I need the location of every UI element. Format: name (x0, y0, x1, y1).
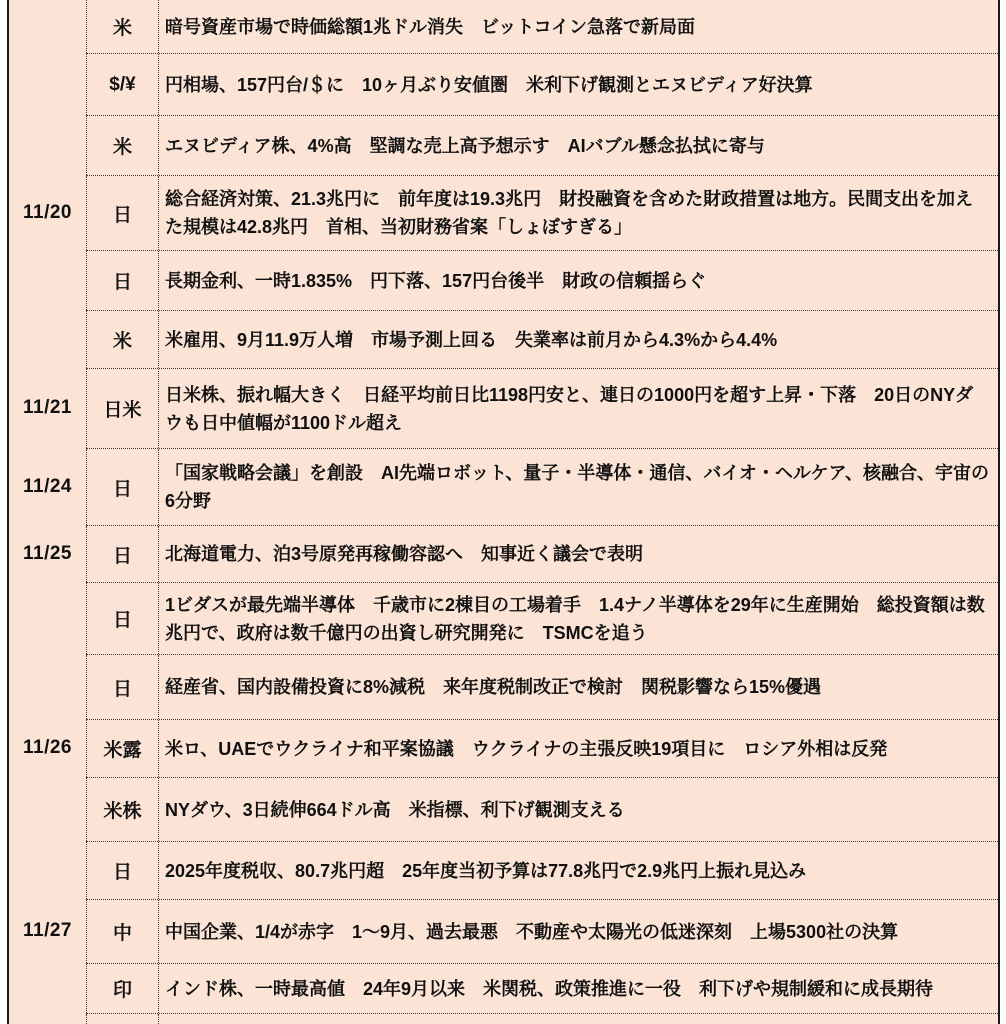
table-row: 11/25 日 北海道電力、泊3号原発再稼働容認へ 知事近く議会で表明 (9, 525, 998, 582)
date-cell (9, 582, 86, 654)
date-cell (9, 963, 86, 1013)
date-cell (9, 250, 86, 310)
row-band: 印 インド株、一時最高値 24年9月以来 米関税、政策推進に一役 利下げや規制緩… (86, 963, 998, 1013)
table-row: 11/27 中 中国企業、1/4が赤字 1～9月、過去最悪 不動産や太陽光の低迷… (9, 899, 998, 963)
row-band: 米 エヌビディア株、4%高 堅調な売上高予想示す AIバブル懸念払拭に寄与 (86, 115, 998, 175)
headline-cell: 米ロ、UAEでウクライナ和平案協議 ウクライナの主張反映19項目に ロシア外相は… (159, 720, 998, 777)
date-cell (9, 654, 86, 719)
headline-cell: エヌビディア株、4%高 堅調な売上高予想示す AIバブル懸念払拭に寄与 (159, 116, 998, 175)
row-band: 日 2025年度税収、80.7兆円超 25年度当初予算は77.8兆円で2.9兆円… (86, 841, 998, 899)
market-cell: 日 (86, 526, 159, 582)
market-cell: 米株 (86, 778, 159, 841)
table-row: 米 米雇用、9月11.9万人増 市場予測上回る 失業率は前月から4.3%から4.… (9, 310, 998, 368)
date-cell (9, 53, 86, 115)
market-cell (86, 1014, 159, 1024)
headline-cell: NYダウ、3日続伸664ドル高 米指標、利下げ観測支える (159, 778, 998, 841)
table-row: 日 経産省、国内設備投資に8%減税 来年度税制改正で検討 関税影響なら15%優遇 (9, 654, 998, 719)
headline-cell: 2025年度税収、80.7兆円超 25年度当初予算は77.8兆円で2.9兆円上振… (159, 842, 998, 899)
market-cell: 印 (86, 964, 159, 1013)
row-band: 日 総合経済対策、21.3兆円に 前年度は19.3兆円 財投融資を含めた財政措置… (86, 175, 998, 250)
date-cell: 11/27 (9, 899, 86, 963)
date-cell: 11/26 (9, 719, 86, 777)
table-row: 11/20 日 総合経済対策、21.3兆円に 前年度は19.3兆円 財投融資を含… (9, 175, 998, 250)
row-band: 米露 米ロ、UAEでウクライナ和平案協議 ウクライナの主張反映19項目に ロシア… (86, 719, 998, 777)
headline-cell: 総合経済対策、21.3兆円に 前年度は19.3兆円 財投融資を含めた財政措置は地… (159, 176, 998, 250)
table-row: 印 インド株、一時最高値 24年9月以来 米関税、政策推進に一役 利下げや規制緩… (9, 963, 998, 1013)
row-band: 米 暗号資産市場で時価総額1兆ドル消失 ビットコイン急落で新局面 (86, 0, 998, 53)
table-row: 日 1ビダスが最先端半導体 千歳市に2棟目の工場着手 1.4ナノ半導体を29年に… (9, 582, 998, 654)
headline-cell: 長期金利、一時1.835% 円下落、157円台後半 財政の信頼揺らぐ (159, 251, 998, 310)
date-cell (9, 841, 86, 899)
date-cell (9, 777, 86, 841)
market-cell: $/¥ (86, 54, 159, 115)
market-cell: 日 (86, 176, 159, 250)
market-cell: 日 (86, 449, 159, 525)
date-cell: 11/20 (9, 175, 86, 250)
market-cell: 日 (86, 251, 159, 310)
row-band: 米 米雇用、9月11.9万人増 市場予測上回る 失業率は前月から4.3%から4.… (86, 310, 998, 368)
headline-cell: 北海道電力、泊3号原発再稼働容認へ 知事近く議会で表明 (159, 526, 998, 582)
headline-cell: 日米株、振れ幅大きく 日経平均前日比1198円安と、連日の1000円を超す上昇・… (159, 369, 998, 448)
headline-cell: 暗号資産市場で時価総額1兆ドル消失 ビットコイン急落で新局面 (159, 0, 998, 53)
table-row: 11/24 日 「国家戦略会議」を創設 AI先端ロボット、量子・半導体・通信、バ… (9, 448, 998, 525)
news-table: 米 暗号資産市場で時価総額1兆ドル消失 ビットコイン急落で新局面 $/¥ 円相場… (7, 0, 1000, 1024)
date-cell: 11/24 (9, 448, 86, 525)
row-band: 日 北海道電力、泊3号原発再稼働容認へ 知事近く議会で表明 (86, 525, 998, 582)
table-row: 日 2025年度税収、80.7兆円超 25年度当初予算は77.8兆円で2.9兆円… (9, 841, 998, 899)
market-cell: 米 (86, 311, 159, 368)
row-band: $/¥ 円相場、157円台/＄に 10ヶ月ぶり安値圏 米利下げ観測とエヌビディア… (86, 53, 998, 115)
table-row: 11/26 米露 米ロ、UAEでウクライナ和平案協議 ウクライナの主張反映19項… (9, 719, 998, 777)
headline-cell (159, 1014, 998, 1024)
row-band: 日米 日米株、振れ幅大きく 日経平均前日比1198円安と、連日の1000円を超す… (86, 368, 998, 448)
table-row: 11/21 日米 日米株、振れ幅大きく 日経平均前日比1198円安と、連日の10… (9, 368, 998, 448)
headline-cell: 1ビダスが最先端半導体 千歳市に2棟目の工場着手 1.4ナノ半導体を29年に生産… (159, 583, 998, 654)
market-cell: 米露 (86, 720, 159, 777)
row-band: 中 中国企業、1/4が赤字 1～9月、過去最悪 不動産や太陽光の低迷深刻 上場5… (86, 899, 998, 963)
market-cell: 日米 (86, 369, 159, 448)
headline-cell: 中国企業、1/4が赤字 1～9月、過去最悪 不動産や太陽光の低迷深刻 上場530… (159, 900, 998, 963)
row-band: 米株 NYダウ、3日続伸664ドル高 米指標、利下げ観測支える (86, 777, 998, 841)
headline-cell: インド株、一時最高値 24年9月以来 米関税、政策推進に一役 利下げや規制緩和に… (159, 964, 998, 1013)
row-band: 日 「国家戦略会議」を創設 AI先端ロボット、量子・半導体・通信、バイオ・ヘルケ… (86, 448, 998, 525)
market-cell: 米 (86, 0, 159, 53)
table-row: 日 長期金利、一時1.835% 円下落、157円台後半 財政の信頼揺らぐ (9, 250, 998, 310)
table-row (9, 1013, 998, 1024)
market-cell: 日 (86, 655, 159, 719)
headline-cell: 円相場、157円台/＄に 10ヶ月ぶり安値圏 米利下げ観測とエヌビディア好決算 (159, 54, 998, 115)
row-band: 日 長期金利、一時1.835% 円下落、157円台後半 財政の信頼揺らぐ (86, 250, 998, 310)
market-cell: 中 (86, 900, 159, 963)
table-row: 米株 NYダウ、3日続伸664ドル高 米指標、利下げ観測支える (9, 777, 998, 841)
headline-cell: 米雇用、9月11.9万人増 市場予測上回る 失業率は前月から4.3%から4.4% (159, 311, 998, 368)
headline-cell: 経産省、国内設備投資に8%減税 来年度税制改正で検討 関税影響なら15%優遇 (159, 655, 998, 719)
table-row: 米 暗号資産市場で時価総額1兆ドル消失 ビットコイン急落で新局面 (9, 0, 998, 53)
row-band: 日 1ビダスが最先端半導体 千歳市に2棟目の工場着手 1.4ナノ半導体を29年に… (86, 582, 998, 654)
date-cell: 11/25 (9, 525, 86, 582)
date-cell (9, 310, 86, 368)
row-band: 日 経産省、国内設備投資に8%減税 来年度税制改正で検討 関税影響なら15%優遇 (86, 654, 998, 719)
date-cell (9, 115, 86, 175)
date-cell (9, 1013, 86, 1024)
date-cell (9, 0, 86, 53)
date-cell: 11/21 (9, 368, 86, 448)
market-cell: 米 (86, 116, 159, 175)
market-cell: 日 (86, 583, 159, 654)
headline-cell: 「国家戦略会議」を創設 AI先端ロボット、量子・半導体・通信、バイオ・ヘルケア、… (159, 449, 998, 525)
table-row: $/¥ 円相場、157円台/＄に 10ヶ月ぶり安値圏 米利下げ観測とエヌビディア… (9, 53, 998, 115)
table-row: 米 エヌビディア株、4%高 堅調な売上高予想示す AIバブル懸念払拭に寄与 (9, 115, 998, 175)
row-band (86, 1013, 998, 1024)
market-cell: 日 (86, 842, 159, 899)
